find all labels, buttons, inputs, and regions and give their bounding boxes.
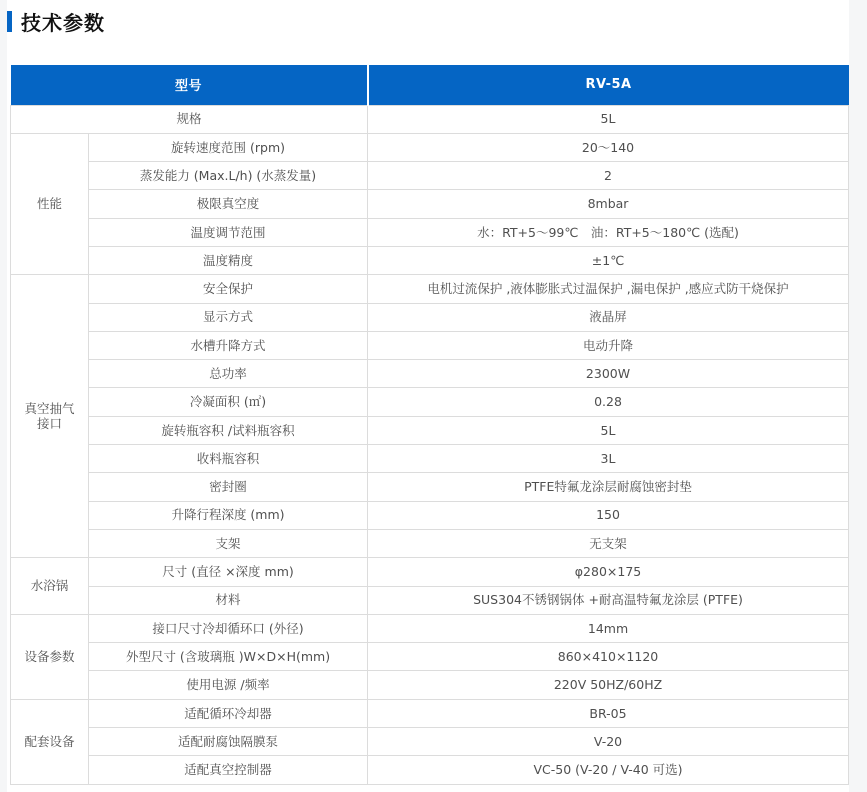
spec-table-body: 规格5L性能旋转速度范围 (rpm)20～140蒸发能力 (Max.L/h) (… — [11, 105, 849, 784]
table-row: 蒸发能力 (Max.L/h) (水蒸发量)2 — [11, 162, 849, 190]
table-row: 旋转瓶容积 /试料瓶容积5L — [11, 416, 849, 444]
param-label-cell: 温度调节范围 — [89, 218, 368, 246]
table-row: 升降行程深度 (mm)150 — [11, 501, 849, 529]
table-row: 配套设备适配循环冷却器BR-05 — [11, 699, 849, 727]
table-row: 冷凝面积 (㎡)0.28 — [11, 388, 849, 416]
param-value-cell: 5L — [368, 105, 849, 133]
param-label-cell: 温度精度 — [89, 246, 368, 274]
table-row: 性能旋转速度范围 (rpm)20～140 — [11, 133, 849, 161]
param-label-cell: 支架 — [89, 529, 368, 557]
category-cell: 配套设备 — [11, 699, 89, 784]
param-label-cell: 总功率 — [89, 360, 368, 388]
param-label-cell: 蒸发能力 (Max.L/h) (水蒸发量) — [89, 162, 368, 190]
spec-table-container: 型号 RV-5A 规格5L性能旋转速度范围 (rpm)20～140蒸发能力 (M… — [10, 65, 848, 785]
param-value-cell: 电动升降 — [368, 331, 849, 359]
category-cell: 真空抽气 接口 — [11, 275, 89, 558]
param-value-cell: 2300W — [368, 360, 849, 388]
table-row: 密封圈PTFE特氟龙涂层耐腐蚀密封垫 — [11, 473, 849, 501]
table-row: 水浴锅尺寸 (直径 ×深度 mm)φ280×175 — [11, 558, 849, 586]
param-value-cell: 2 — [368, 162, 849, 190]
param-value-cell: 5L — [368, 416, 849, 444]
param-value-cell: 20～140 — [368, 133, 849, 161]
param-label-cell: 规格 — [11, 105, 368, 133]
param-label-cell: 材料 — [89, 586, 368, 614]
table-row: 支架无支架 — [11, 529, 849, 557]
param-label-cell: 尺寸 (直径 ×深度 mm) — [89, 558, 368, 586]
param-value-cell: BR-05 — [368, 699, 849, 727]
param-label-cell: 水槽升降方式 — [89, 331, 368, 359]
param-value-cell: 0.28 — [368, 388, 849, 416]
table-row: 极限真空度8mbar — [11, 190, 849, 218]
param-label-cell: 使用电源 /频率 — [89, 671, 368, 699]
param-value-cell: 8mbar — [368, 190, 849, 218]
table-row: 适配真空控制器VC-50 (V-20 / V-40 可选) — [11, 756, 849, 784]
param-value-cell: ±1℃ — [368, 246, 849, 274]
table-row: 设备参数接口尺寸冷却循环口 (外径)14mm — [11, 614, 849, 642]
spec-table-head: 型号 RV-5A — [11, 65, 849, 105]
param-label-cell: 冷凝面积 (㎡) — [89, 388, 368, 416]
table-row: 总功率2300W — [11, 360, 849, 388]
param-value-cell: 液晶屏 — [368, 303, 849, 331]
param-value-cell: 无支架 — [368, 529, 849, 557]
param-value-cell: VC-50 (V-20 / V-40 可选) — [368, 756, 849, 784]
param-value-cell: φ280×175 — [368, 558, 849, 586]
param-value-cell: 电机过流保护 ,液体膨胀式过温保护 ,漏电保护 ,感应式防干烧保护 — [368, 275, 849, 303]
table-row: 使用电源 /频率220V 50HZ/60HZ — [11, 671, 849, 699]
table-row: 规格5L — [11, 105, 849, 133]
table-row: 真空抽气 接口安全保护电机过流保护 ,液体膨胀式过温保护 ,漏电保护 ,感应式防… — [11, 275, 849, 303]
param-label-cell: 升降行程深度 (mm) — [89, 501, 368, 529]
param-value-cell: PTFE特氟龙涂层耐腐蚀密封垫 — [368, 473, 849, 501]
param-label-cell: 适配真空控制器 — [89, 756, 368, 784]
param-label-cell: 密封圈 — [89, 473, 368, 501]
header-cell-model-label: 型号 — [11, 65, 368, 105]
param-value-cell: 14mm — [368, 614, 849, 642]
category-cell: 设备参数 — [11, 614, 89, 699]
category-cell: 性能 — [11, 133, 89, 274]
param-label-cell: 显示方式 — [89, 303, 368, 331]
param-label-cell: 适配循环冷却器 — [89, 699, 368, 727]
header-cell-model-value: RV-5A — [368, 65, 849, 105]
table-row: 适配耐腐蚀隔膜泵V-20 — [11, 728, 849, 756]
param-value-cell: 150 — [368, 501, 849, 529]
table-row: 水槽升降方式电动升降 — [11, 331, 849, 359]
param-label-cell: 极限真空度 — [89, 190, 368, 218]
table-row: 外型尺寸 (含玻璃瓶 )W×D×H(mm)860×410×1120 — [11, 643, 849, 671]
table-row: 显示方式液晶屏 — [11, 303, 849, 331]
param-label-cell: 外型尺寸 (含玻璃瓶 )W×D×H(mm) — [89, 643, 368, 671]
table-row: 温度精度±1℃ — [11, 246, 849, 274]
param-label-cell: 旋转瓶容积 /试料瓶容积 — [89, 416, 368, 444]
table-row: 材料SUS304不锈钢锅体 +耐高温特氟龙涂层 (PTFE) — [11, 586, 849, 614]
param-label-cell: 旋转速度范围 (rpm) — [89, 133, 368, 161]
param-value-cell: 水：RT+5～99℃ 油：RT+5～180℃ (选配) — [368, 218, 849, 246]
param-label-cell: 适配耐腐蚀隔膜泵 — [89, 728, 368, 756]
title-accent-bar — [7, 11, 12, 32]
page-header: 技术参数 — [7, 0, 849, 34]
table-row: 温度调节范围水：RT+5～99℃ 油：RT+5～180℃ (选配) — [11, 218, 849, 246]
param-value-cell: V-20 — [368, 728, 849, 756]
param-value-cell: 3L — [368, 445, 849, 473]
param-label-cell: 接口尺寸冷却循环口 (外径) — [89, 614, 368, 642]
spec-table: 型号 RV-5A 规格5L性能旋转速度范围 (rpm)20～140蒸发能力 (M… — [10, 65, 849, 785]
param-value-cell: 860×410×1120 — [368, 643, 849, 671]
param-label-cell: 收料瓶容积 — [89, 445, 368, 473]
param-label-cell: 安全保护 — [89, 275, 368, 303]
param-value-cell: SUS304不锈钢锅体 +耐高温特氟龙涂层 (PTFE) — [368, 586, 849, 614]
param-value-cell: 220V 50HZ/60HZ — [368, 671, 849, 699]
header-row: 型号 RV-5A — [11, 65, 849, 105]
content-panel: 技术参数 型号 RV-5A 规格5L性能旋转速度范围 (rpm)20～140蒸发… — [7, 0, 849, 792]
page-title: 技术参数 — [21, 7, 105, 36]
category-cell: 水浴锅 — [11, 558, 89, 615]
table-row: 收料瓶容积3L — [11, 445, 849, 473]
